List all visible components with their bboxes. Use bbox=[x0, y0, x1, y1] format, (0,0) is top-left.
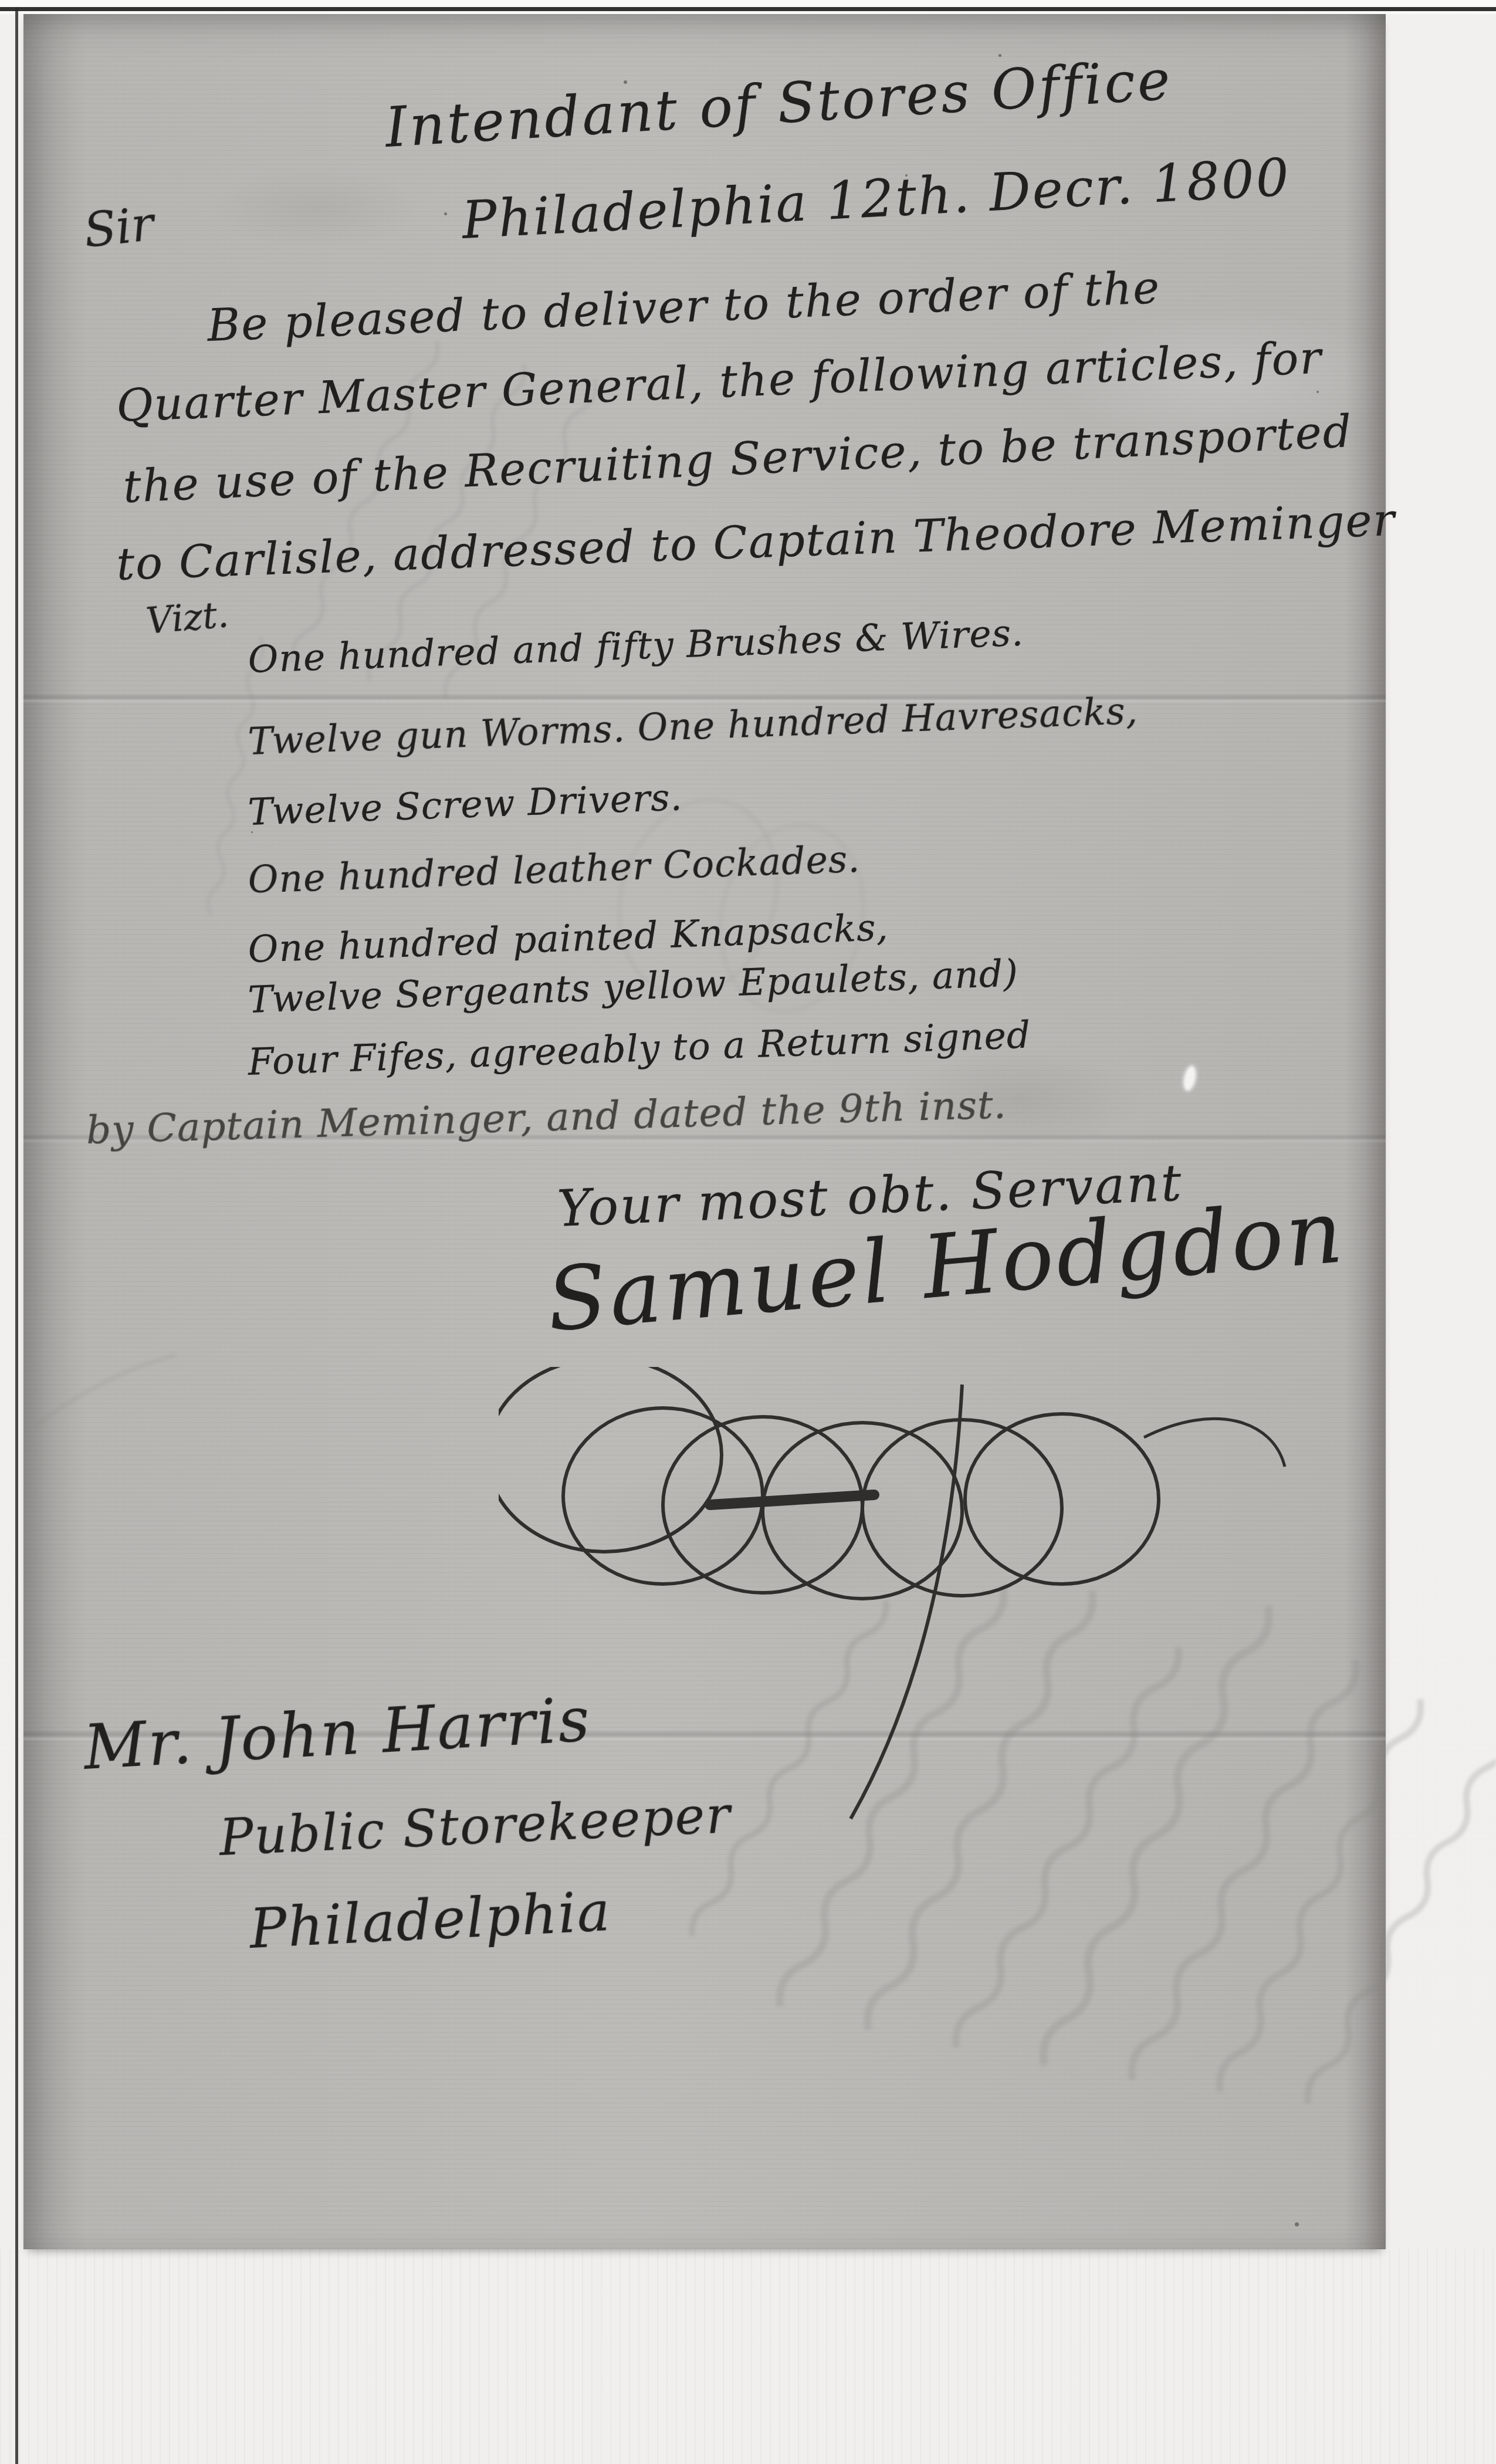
scan-border-line-left bbox=[15, 7, 18, 2464]
body-line-viz: Vizt. bbox=[144, 595, 230, 640]
signature-flourish bbox=[499, 1367, 1349, 1836]
salutation: Sir bbox=[82, 199, 156, 256]
ink-speck bbox=[624, 80, 627, 84]
scanner-bed-area bbox=[0, 2249, 1496, 2464]
ink-speck bbox=[251, 831, 253, 833]
fold-crease bbox=[23, 693, 1386, 703]
ink-speck bbox=[1295, 2222, 1299, 2226]
ink-speck bbox=[999, 54, 1001, 57]
scan-border-line-top bbox=[0, 7, 1496, 11]
ink-speck bbox=[1316, 391, 1319, 393]
ink-speck bbox=[444, 212, 447, 215]
ink-speck bbox=[778, 629, 780, 631]
scanned-letter-page: Intendant of Stores Office Philadelphia … bbox=[0, 0, 1496, 2464]
ink-speck bbox=[905, 174, 908, 177]
